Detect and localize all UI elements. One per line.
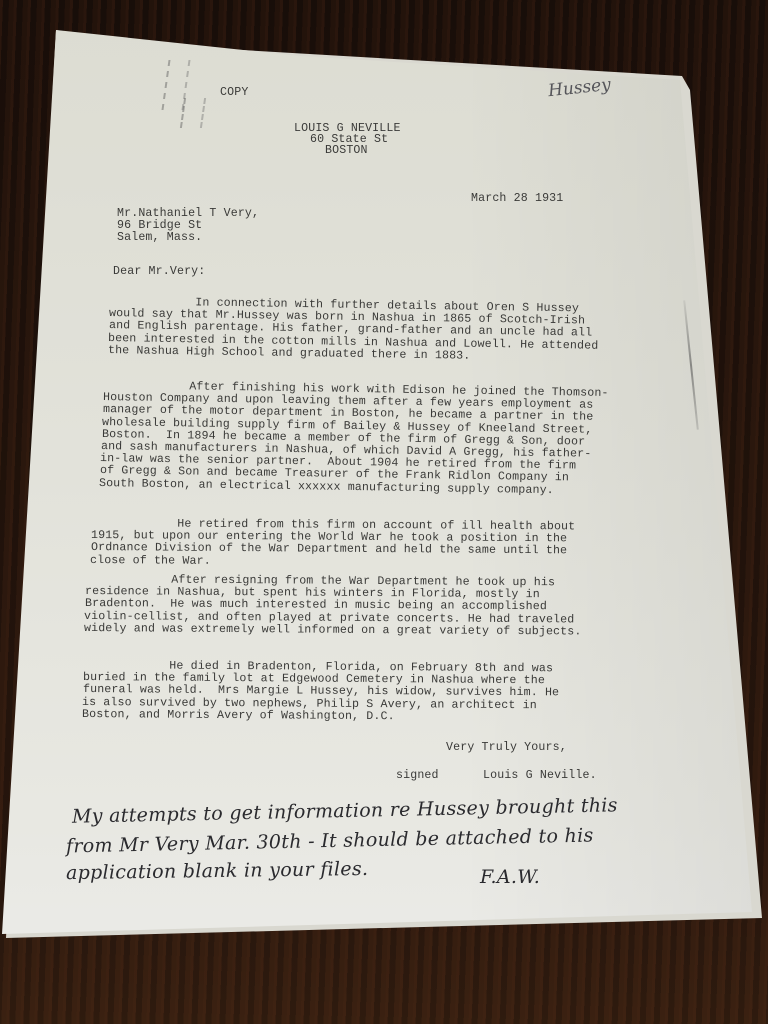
signer-name: Louis G Neville. bbox=[483, 770, 597, 782]
handwritten-initials: F.A.W. bbox=[480, 866, 540, 888]
letterhead-city: BOSTON bbox=[325, 145, 368, 157]
handwritten-line: application blank in your files. bbox=[66, 858, 369, 884]
recipient-name: Mr.Nathaniel T Very, bbox=[117, 208, 259, 220]
closing: Very Truly Yours, bbox=[446, 742, 567, 754]
recipient-city: Salem, Mass. bbox=[117, 232, 202, 244]
pencil-smudge-mark bbox=[180, 98, 206, 128]
signed-label: signed bbox=[396, 770, 439, 782]
recipient-street: 96 Bridge St bbox=[117, 220, 202, 232]
letter-date: March 28 1931 bbox=[471, 193, 563, 205]
copy-mark: COPY bbox=[220, 87, 248, 99]
salutation: Dear Mr.Very: bbox=[113, 266, 205, 278]
body-line: Boston, and Morris Avery of Washington, … bbox=[82, 709, 395, 723]
body-line: close of the War. bbox=[90, 555, 211, 567]
